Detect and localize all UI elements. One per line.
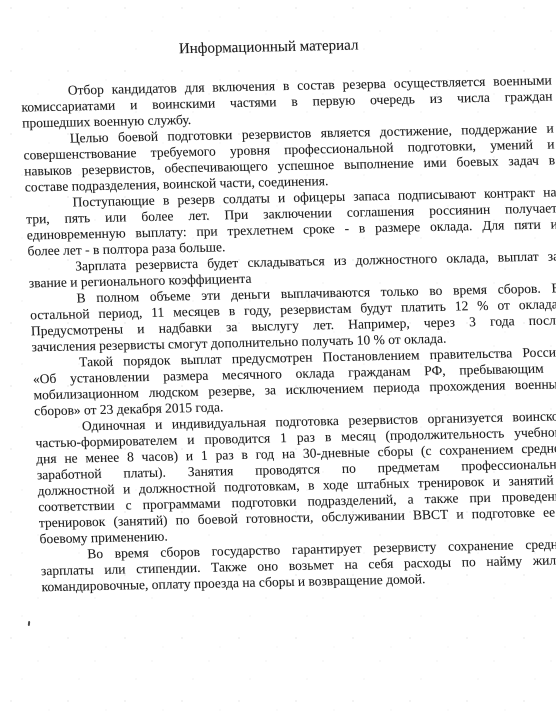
paragraph: Такой порядок выплат предусмотрен Постан… xyxy=(32,344,556,419)
document-body: Отбор кандидатов для включения в состав … xyxy=(21,72,556,595)
paragraph: В полном объеме эти деньги выплачиваются… xyxy=(29,280,556,355)
document-title: Информационный материал xyxy=(3,34,535,61)
paragraph: Во время сборов государство гарантирует … xyxy=(40,536,556,595)
scanned-document-page: Информационный материал Отбор кандидатов… xyxy=(0,0,556,717)
paragraph: Одиночная и индивидуальная подготовка ре… xyxy=(35,408,556,547)
paragraph: Целью боевой подготовки резервистов явля… xyxy=(23,120,556,195)
paragraph: Поступающие в резерв солдаты и офицеры з… xyxy=(25,184,556,259)
